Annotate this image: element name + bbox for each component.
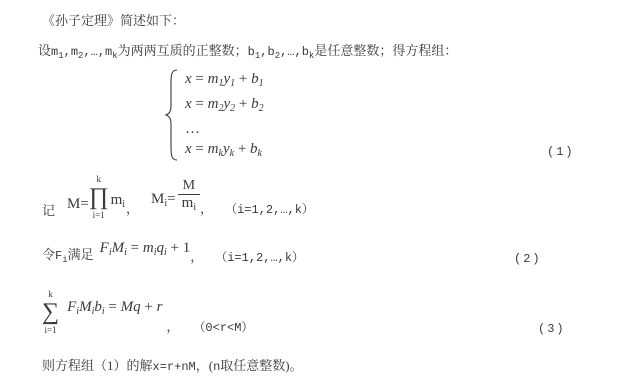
text-segment: =: [105, 299, 121, 315]
equation-row-ellipsis: …: [185, 119, 264, 139]
text-segment: x: [185, 141, 192, 157]
text-segment: M: [112, 240, 125, 256]
equation-row-2: x = m2y2 + b2: [185, 94, 264, 119]
separator-comma: ，: [126, 202, 139, 215]
text-segment: +: [235, 71, 251, 87]
text-segment: ，(: [196, 358, 213, 373]
text-segment: i: [193, 202, 196, 213]
fraction-numerator: M: [178, 178, 200, 195]
definition-line: 记 M= k ∏ i=1 mi ， Mi= M mi ， （i=1,2,…,k）: [42, 172, 314, 220]
text-segment: b: [250, 141, 258, 157]
sum-formula: FiMibi = Mq + r: [67, 299, 162, 320]
fraction-denominator: mi: [182, 195, 196, 215]
text-segment: 1: [259, 78, 264, 89]
text-segment: r: [157, 299, 163, 315]
text-segment: …: [185, 121, 200, 137]
text-segment: =: [192, 141, 208, 157]
equation-row-1: x = m1y1 + b1: [185, 69, 264, 94]
product-operator: k ∏ i=1: [89, 174, 109, 220]
equation-row-k: x = mkyk + bk: [185, 139, 264, 164]
text-segment: M: [79, 299, 92, 315]
text-segment: 是任意整数；得方程组：: [314, 43, 457, 58]
sum-symbol: ∑: [42, 299, 59, 325]
conclusion-paragraph: 则方程组（1）的解x=r+nM，(n取任意整数)。: [42, 355, 303, 375]
product-upper-limit: k: [96, 174, 101, 184]
sum-line: k ∑ i=1 FiMibi = Mq + r ， （0<r<M）: [42, 286, 253, 337]
text-segment: b: [248, 45, 255, 59]
text-segment: + 1: [167, 240, 190, 256]
text-segment: q: [156, 240, 164, 256]
text-segment: F: [100, 240, 109, 256]
text-segment: m: [182, 195, 194, 211]
sum-upper-limit: k: [48, 289, 53, 299]
text-segment: m: [111, 192, 123, 208]
remainder-range: （0<r<M）: [193, 321, 253, 335]
text-segment: 令: [42, 247, 55, 262]
text-segment: x: [185, 71, 192, 87]
document-page: { "page": { "background": "#ffffff", "in…: [0, 0, 620, 383]
text-segment: m: [143, 240, 154, 256]
equation-label-2: (2): [514, 252, 542, 266]
setup-paragraph: 设m1,m2,…,mk为两两互质的正整数；b1,b2,…,bk是任意整数；得方程…: [38, 40, 457, 61]
text-segment: +: [234, 141, 250, 157]
text-segment: +: [235, 96, 251, 112]
text-segment: =: [167, 191, 175, 207]
text-segment: Mq: [121, 299, 141, 315]
text-segment: k: [258, 148, 262, 159]
text-segment: y: [223, 141, 230, 157]
fraction: M mi: [178, 178, 200, 215]
text-segment: m: [208, 96, 219, 112]
text-segment: m: [71, 45, 78, 59]
text-segment: i: [122, 199, 125, 210]
sum-operator: k ∑ i=1: [42, 289, 59, 335]
text-segment: b: [94, 299, 102, 315]
text-segment: x: [185, 96, 192, 112]
text-segment: 取任意整数)。: [220, 358, 302, 373]
index-range: （i=1,2,…,k）: [215, 251, 304, 265]
text-segment: =: [127, 240, 143, 256]
text-segment: m: [208, 141, 219, 157]
text-segment: b: [251, 71, 259, 87]
text-segment: F: [67, 299, 76, 315]
condition-formula: FiMi = miqi + 1: [100, 240, 191, 261]
text-segment: b: [302, 45, 309, 59]
text-segment: =: [192, 71, 208, 87]
condition-lead: 令Fi满足: [42, 244, 94, 265]
text-segment: m: [208, 71, 219, 87]
equation-column: x = m1y1 + b1 x = m2y2 + b2 … x = mkyk +…: [178, 69, 264, 161]
condition-line: 令Fi满足 FiMi = miqi + 1 ， （i=1,2,…,k）: [42, 244, 304, 269]
text-segment: M: [151, 191, 164, 207]
text-segment: 设: [38, 43, 51, 58]
text-segment: ,…,: [83, 45, 105, 59]
text-segment: b: [251, 96, 259, 112]
equation-label-1: (1): [547, 145, 575, 159]
equation-system: x = m1y1 + b1 x = m2y2 + b2 … x = mkyk +…: [164, 69, 264, 161]
text-segment: +: [141, 299, 157, 315]
text-segment: x=r+nM: [153, 360, 196, 374]
sum-lower-limit: i=1: [45, 325, 57, 335]
equation-label-3: (3): [538, 322, 566, 336]
text-segment: ,…,: [280, 45, 302, 59]
product-lhs: M=: [67, 197, 89, 212]
quotient-lhs: Mi=: [151, 191, 176, 211]
text-segment: 满足: [68, 247, 94, 262]
separator-comma: ，: [190, 250, 203, 263]
text-segment: ,: [64, 45, 71, 59]
document-title: 《孙子定理》简述如下：: [42, 10, 185, 29]
left-brace-icon: [164, 69, 178, 161]
product-lower-limit: i=1: [93, 210, 105, 220]
text-segment: 为两两互质的正整数；: [118, 43, 248, 58]
product-term: mi: [111, 192, 125, 212]
separator-comma: ，: [166, 320, 179, 333]
product-symbol: ∏: [89, 184, 109, 210]
text-segment: b: [267, 45, 274, 59]
text-segment: 2: [259, 103, 264, 114]
text-segment: 则方程组（1）的解: [42, 358, 153, 373]
index-range: （i=1,2,…,k）: [225, 203, 314, 217]
text-segment: =: [192, 96, 208, 112]
definition-lead: 记: [42, 200, 55, 219]
separator-comma: ，: [200, 202, 213, 215]
